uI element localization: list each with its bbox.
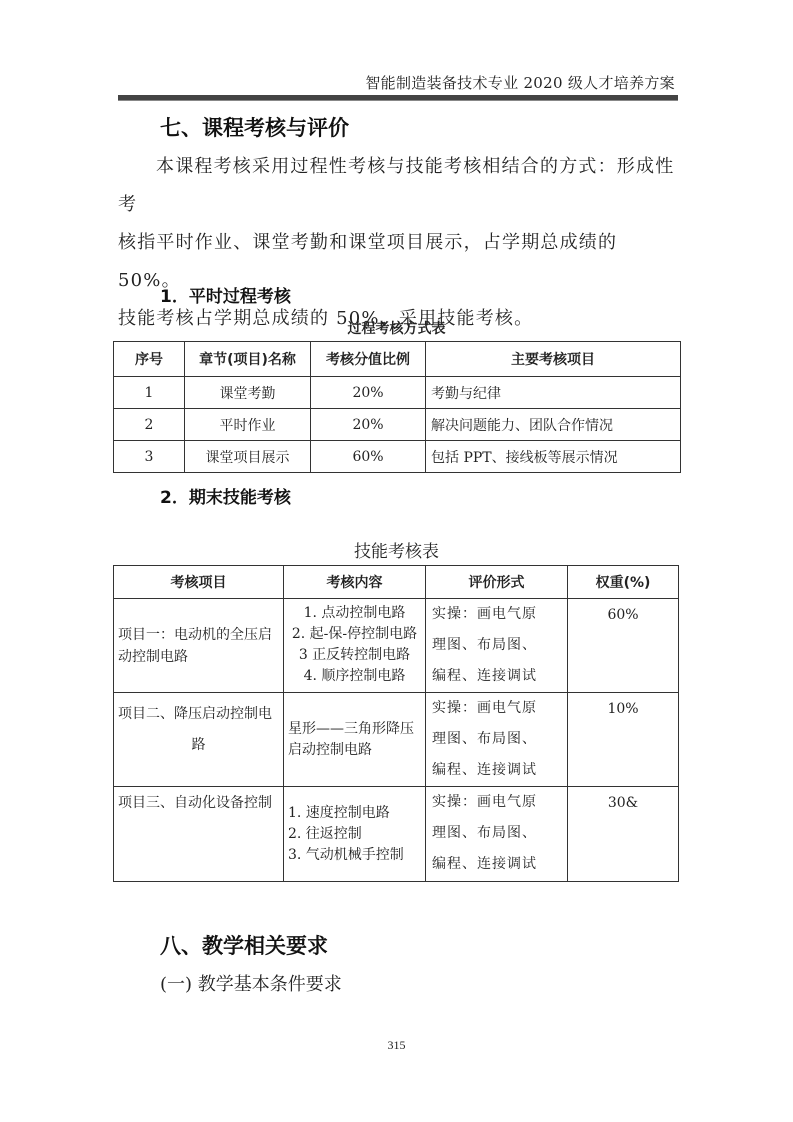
cell-content: 1. 速度控制电路 2. 往返控制 3. 气动机械手控制 [284, 787, 426, 882]
cell-evaluation: 实操：画电气原 理图、布局图、 编程、连接调试 [426, 599, 568, 693]
table-row: 项目三、自动化设备控制 1. 速度控制电路 2. 往返控制 3. 气动机械手控制… [114, 787, 679, 882]
cell-weight: 60% [568, 599, 679, 693]
column-header: 章节(项目)名称 [185, 342, 311, 377]
cell-evaluation: 实操：画电气原 理图、布局图、 编程、连接调试 [426, 787, 568, 882]
cell-content: 星形——三角形降压 启动控制电路 [284, 693, 426, 787]
section-8-subtitle: (一) 教学基本条件要求 [160, 970, 342, 996]
header-rule [118, 95, 678, 101]
column-header: 序号 [114, 342, 185, 377]
cell-index: 1 [114, 377, 185, 409]
section-8-title: 八、教学相关要求 [160, 930, 328, 960]
subsection-1-title: 1．平时过程考核 [160, 282, 291, 307]
cell-ratio: 60% [311, 441, 426, 473]
cell-index: 3 [114, 441, 185, 473]
column-header: 权重(%) [568, 566, 679, 599]
cell-index: 2 [114, 409, 185, 441]
cell-ratio: 20% [311, 409, 426, 441]
table-row: 2 平时作业 20% 解决问题能力、团队合作情况 [114, 409, 681, 441]
cell-item: 项目二、降压启动控制电 路 [114, 693, 284, 787]
section-7-paragraph: 本课程考核采用过程性考核与技能考核相结合的方式：形成性考 核指平时作业、课堂考勤… [118, 148, 683, 338]
cell-items: 解决问题能力、团队合作情况 [426, 409, 681, 441]
table-row: 项目一：电动机的全压启动控制电路 1. 点动控制电路 2. 起-保-停控制电路 … [114, 599, 679, 693]
cell-items: 考勤与纪律 [426, 377, 681, 409]
cell-name: 课堂考勤 [185, 377, 311, 409]
column-header: 评价形式 [426, 566, 568, 599]
table-header-row: 序号 章节(项目)名称 考核分值比例 主要考核项目 [114, 342, 681, 377]
page-number: 315 [0, 1038, 793, 1053]
cell-weight: 30& [568, 787, 679, 882]
column-header: 考核分值比例 [311, 342, 426, 377]
paragraph-line-1: 本课程考核采用过程性考核与技能考核相结合的方式：形成性考 [118, 148, 683, 224]
cell-items: 包括 PPT、接线板等展示情况 [426, 441, 681, 473]
table-row: 3 课堂项目展示 60% 包括 PPT、接线板等展示情况 [114, 441, 681, 473]
running-header-title: 智能制造装备技术专业 2020 级人才培养方案 [365, 72, 675, 93]
cell-item: 项目三、自动化设备控制 [114, 787, 284, 882]
cell-ratio: 20% [311, 377, 426, 409]
column-header: 主要考核项目 [426, 342, 681, 377]
cell-content: 1. 点动控制电路 2. 起-保-停控制电路 3 正反转控制电路 4. 顺序控制… [284, 599, 426, 693]
table-header-row: 考核项目 考核内容 评价形式 权重(%) [114, 566, 679, 599]
column-header: 考核内容 [284, 566, 426, 599]
table-row: 1 课堂考勤 20% 考勤与纪律 [114, 377, 681, 409]
process-assessment-table: 序号 章节(项目)名称 考核分值比例 主要考核项目 1 课堂考勤 20% 考勤与… [113, 341, 681, 473]
cell-item: 项目一：电动机的全压启动控制电路 [114, 599, 284, 693]
column-header: 考核项目 [114, 566, 284, 599]
cell-name: 平时作业 [185, 409, 311, 441]
subsection-2-title: 2．期末技能考核 [160, 483, 291, 508]
cell-name: 课堂项目展示 [185, 441, 311, 473]
skill-table-caption: 技能考核表 [113, 537, 680, 562]
cell-evaluation: 实操：画电气原 理图、布局图、 编程、连接调试 [426, 693, 568, 787]
skill-assessment-table: 考核项目 考核内容 评价形式 权重(%) 项目一：电动机的全压启动控制电路 1.… [113, 565, 679, 882]
process-table-caption: 过程考核方式表 [113, 318, 680, 338]
table-row: 项目二、降压启动控制电 路 星形——三角形降压 启动控制电路 实操：画电气原 理… [114, 693, 679, 787]
cell-weight: 10% [568, 693, 679, 787]
section-7-title: 七、课程考核与评价 [160, 112, 349, 142]
